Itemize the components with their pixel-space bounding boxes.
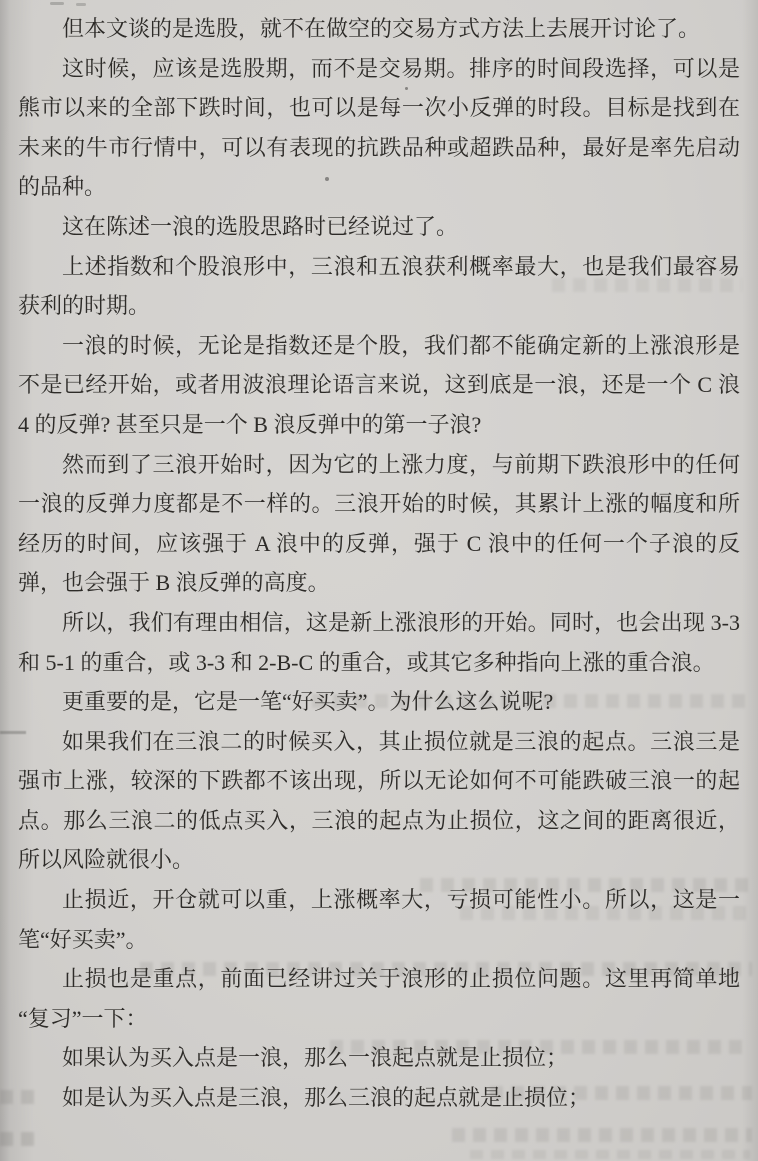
bleedthrough-line — [470, 1150, 750, 1159]
paragraph: 这在陈述一浪的选股思路时已经说过了。 — [18, 207, 740, 247]
paragraph: 这时候，应该是选股期，而不是交易期。排序的时间段选择，可以是熊市以来的全部下跌时… — [18, 49, 740, 207]
paragraph: 所以，我们有理由相信，这是新上涨浪形的开始。同时，也会出现 3-3 和 5-1 … — [18, 603, 740, 682]
paragraph: 如是认为买入点是三浪，那么三浪的起点就是止损位； — [18, 1078, 740, 1118]
paragraph: 如果认为买入点是一浪，那么一浪起点就是止损位； — [18, 1038, 740, 1078]
paragraph: 如果我们在三浪二的时候买入，其止损位就是三浪的起点。三浪三是强市上涨，较深的下跌… — [18, 722, 740, 880]
paragraph: 止损也是重点，前面已经讲过关于浪形的止损位问题。这里再简单地“复习”一下： — [18, 959, 740, 1038]
paragraph: 但本文谈的是选股，就不在做空的交易方式方法上去展开讨论了。 — [18, 9, 740, 49]
paragraph: 止损近，开仓就可以重，上涨概率大，亏损可能性小。所以，这是一笔“好买卖”。 — [18, 880, 740, 959]
bleedthrough-line — [452, 1128, 752, 1142]
scan-speck — [76, 3, 86, 6]
scan-speck — [50, 2, 64, 5]
paragraph: 更重要的是，它是一笔“好买卖”。为什么这么说呢? — [18, 682, 740, 722]
paragraph: 然而到了三浪开始时，因为它的上涨力度，与前期下跌浪形中的任何一浪的反弹力度都是不… — [18, 445, 740, 603]
paragraph: 一浪的时候，无论是指数还是个股，我们都不能确定新的上涨浪形是不是已经开始，或者用… — [18, 326, 740, 445]
paragraph: 上述指数和个股浪形中，三浪和五浪获利概率最大，也是我们最容易获利的时期。 — [18, 247, 740, 326]
bleedthrough-mark — [0, 1132, 42, 1146]
book-page: 但本文谈的是选股，就不在做空的交易方式方法上去展开讨论了。 这时候，应该是选股期… — [0, 0, 758, 1161]
text-block: 但本文谈的是选股，就不在做空的交易方式方法上去展开讨论了。 这时候，应该是选股期… — [18, 9, 740, 1118]
